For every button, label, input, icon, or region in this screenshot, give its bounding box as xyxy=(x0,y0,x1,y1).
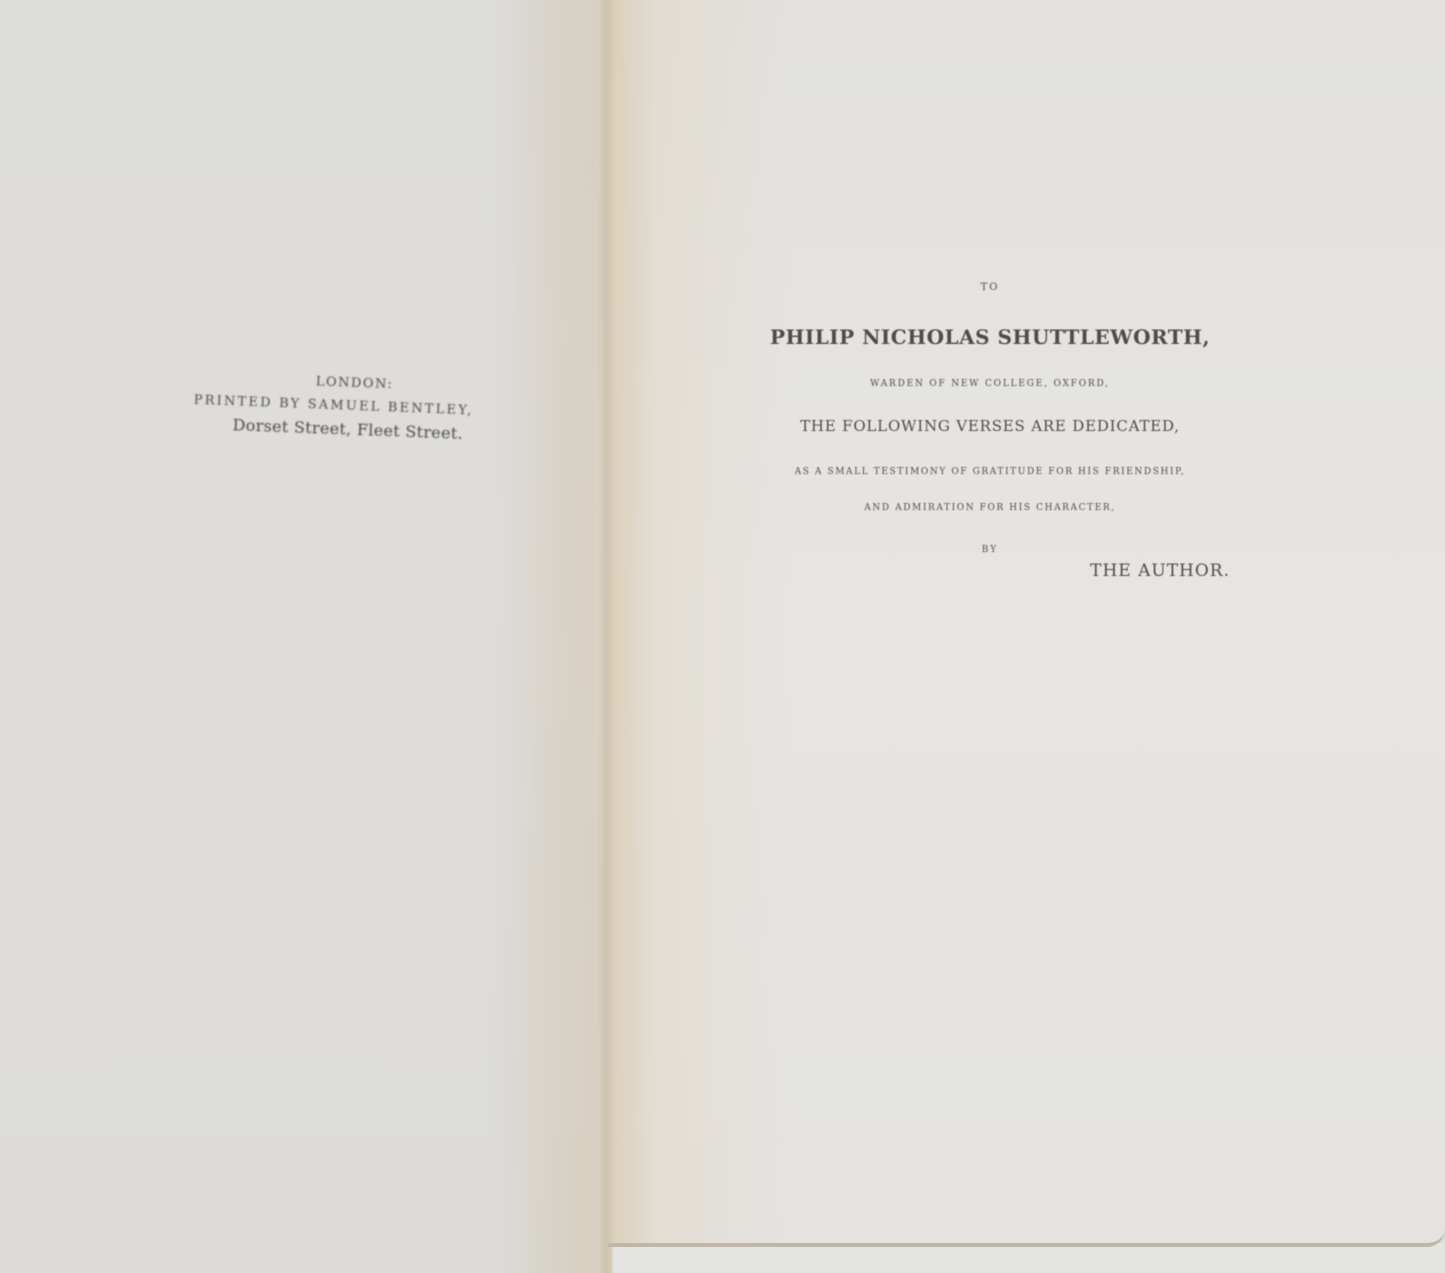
left-page: LONDON: PRINTED BY SAMUEL BENTLEY, Dorse… xyxy=(0,0,612,1273)
underlying-page-edge xyxy=(612,1243,1445,1273)
dedication-to: TO xyxy=(700,282,1280,293)
dedication-line-2: AS A SMALL TESTIMONY OF GRATITUDE FOR HI… xyxy=(700,467,1280,477)
dedicatee-name: PHILIP NICHOLAS SHUTTLEWORTH, xyxy=(700,325,1280,349)
dedication-by: BY xyxy=(700,545,1280,555)
printer-imprint: LONDON: PRINTED BY SAMUEL BENTLEY, Dorse… xyxy=(148,368,520,445)
dedication-author: THE AUTHOR. xyxy=(700,561,1280,581)
dedication-block: TO PHILIP NICHOLAS SHUTTLEWORTH, WARDEN … xyxy=(700,282,1280,581)
book-gutter xyxy=(598,0,614,1273)
dedication-line-3: AND ADMIRATION FOR HIS CHARACTER, xyxy=(700,503,1280,513)
right-page xyxy=(608,0,1445,1247)
dedication-line-1: THE FOLLOWING VERSES ARE DEDICATED, xyxy=(700,417,1280,435)
open-book-spread: LONDON: PRINTED BY SAMUEL BENTLEY, Dorse… xyxy=(0,0,1445,1273)
imprint-city: LONDON: xyxy=(189,370,519,398)
dedicatee-title: WARDEN OF NEW COLLEGE, OXFORD, xyxy=(700,379,1280,389)
